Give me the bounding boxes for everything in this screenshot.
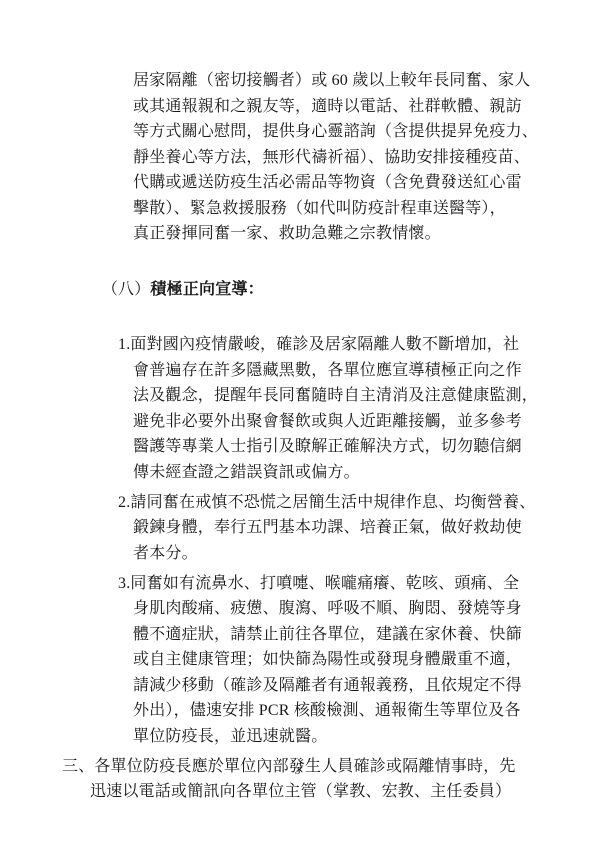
text-line: 居家隔離（密切接觸者）或 60 歲以上較年長同奮、家人 xyxy=(133,68,595,94)
text-line: 請減少移動（確診及隔離者有通報義務，且依規定不得 xyxy=(118,673,595,699)
top-level-item-three: 三、各單位防疫長應於單位內部發生人員確診或隔離情事時，先迅速以電話或簡訊向各單位… xyxy=(62,754,595,805)
page-number: 3 xyxy=(0,764,595,778)
text-line: 靜坐養心等方法，無形代禱祈福）、協助安排接種疫苗、 xyxy=(133,145,595,171)
section-8-title: 積極正向宣導： xyxy=(150,281,263,298)
text-line: 等方式關心慰問，提供身心靈諮詢（含提供提昇免疫力、 xyxy=(133,119,595,145)
list-item-2: 2.請同奮在戒慎不恐慌之居簡生活中規律作息、均衡營養、鍛鍊身體，奉行五門基本功課… xyxy=(118,490,595,567)
list-item-1: 1.面對國內疫情嚴峻，確診及居家隔離人數不斷增加，社會普遍存在許多隱藏黑數，各單… xyxy=(118,332,595,485)
text-line: 代購或遞送防疫生活必需品等物資（含免費發送紅心雷 xyxy=(133,170,595,196)
text-line: 3.同奮如有流鼻水、打噴嚏、喉嚨痛癢、乾咳、頭痛、全 xyxy=(118,571,595,597)
text-line: 或其通報親和之親友等，適時以電話、社群軟體、親訪 xyxy=(133,94,595,120)
text-line: 傳未經查證之錯誤資訊或偏方。 xyxy=(118,460,595,486)
text-line: 會普遍存在許多隱藏黑數，各單位應宣導積極正向之作 xyxy=(118,358,595,384)
text-line: 醫護等專業人士指引及瞭解正確解決方式，切勿聽信網 xyxy=(118,434,595,460)
document-page: 居家隔離（密切接觸者）或 60 歲以上較年長同奮、家人或其通報親和之親友等，適時… xyxy=(0,0,595,842)
section-8-heading: （八）積極正向宣導： xyxy=(85,251,595,328)
text-line: 外出），儘速安排 PCR 核酸檢測、通報衛生等單位及各 xyxy=(118,698,595,724)
text-line: 擊散）、緊急救援服務（如代叫防疫計程車送醫等）， xyxy=(133,196,595,222)
text-line: 鍛鍊身體，奉行五門基本功課、培養正氣，做好救劫使 xyxy=(118,515,595,541)
text-line: 體不適症狀，請禁止前往各單位，建議在家休養、快篩 xyxy=(118,622,595,648)
text-line: 單位防疫長，並迅速就醫。 xyxy=(118,724,595,750)
list-item-3: 3.同奮如有流鼻水、打噴嚏、喉嚨痛癢、乾咳、頭痛、全身肌肉酸痛、疲憊、腹瀉、呼吸… xyxy=(118,571,595,750)
text-line: 1.面對國內疫情嚴峻，確診及居家隔離人數不斷增加，社 xyxy=(118,332,595,358)
text-line: 真正發揮同奮一家、救助急難之宗教情懷。 xyxy=(133,221,595,247)
text-line: 避免非必要外出聚會餐飲或與人近距離接觸，並多參考 xyxy=(118,409,595,435)
text-line: 或自主健康管理；如快篩為陽性或發現身體嚴重不適， xyxy=(118,647,595,673)
paragraph-care-services: 居家隔離（密切接觸者）或 60 歲以上較年長同奮、家人或其通報親和之親友等，適時… xyxy=(133,68,595,247)
section-8-number: （八） xyxy=(102,281,151,298)
text-line: 迅速以電話或簡訊向各單位主管（掌教、宏教、主任委員） xyxy=(62,779,595,805)
text-line: 者本分。 xyxy=(118,541,595,567)
text-line: 法及觀念，提醒年長同奮隨時自主清消及注意健康監測， xyxy=(118,383,595,409)
text-line: 2.請同奮在戒慎不恐慌之居簡生活中規律作息、均衡營養、 xyxy=(118,490,595,516)
text-line: 身肌肉酸痛、疲憊、腹瀉、呼吸不順、胸悶、發燒等身 xyxy=(118,596,595,622)
